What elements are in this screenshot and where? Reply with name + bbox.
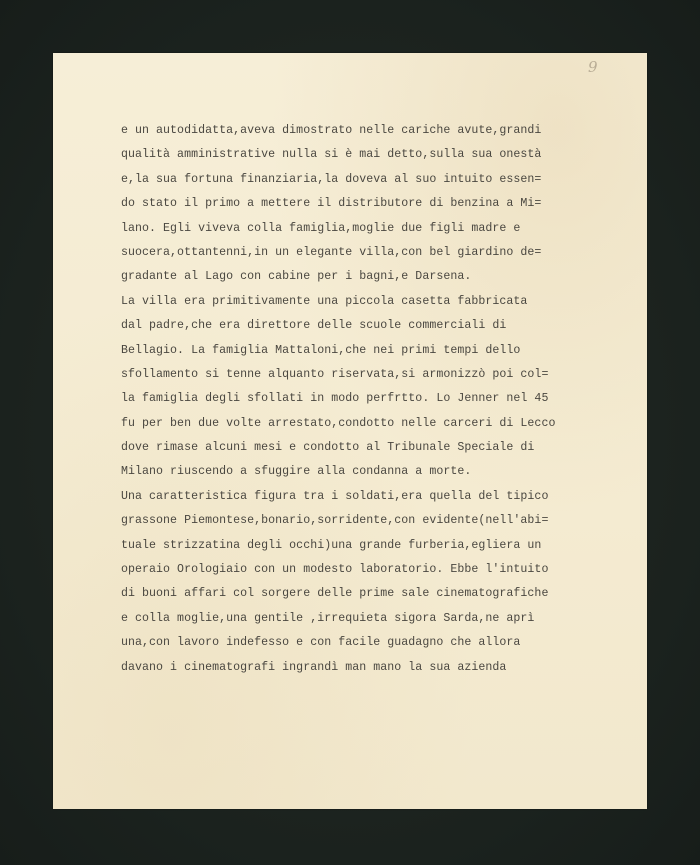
text-line: e un autodidatta,aveva dimostrato nelle … bbox=[121, 119, 591, 143]
text-line: davano i cinematografi ingrandì man mano… bbox=[121, 656, 591, 680]
handwritten-page-number: 9 bbox=[588, 58, 598, 76]
text-line: grassone Piemontese,bonario,sorridente,c… bbox=[121, 509, 591, 533]
text-line: La villa era primitivamente una piccola … bbox=[121, 290, 591, 314]
text-line: e colla moglie,una gentile ,irrequieta s… bbox=[121, 607, 591, 631]
text-line: di buoni affari col sorgere delle prime … bbox=[121, 582, 591, 606]
text-line: dal padre,che era direttore delle scuole… bbox=[121, 314, 591, 338]
text-line: suocera,ottantenni,in un elegante villa,… bbox=[121, 241, 591, 265]
text-line: dove rimase alcuni mesi e condotto al Tr… bbox=[121, 436, 591, 460]
text-line: e,la sua fortuna finanziaria,la doveva a… bbox=[121, 168, 591, 192]
text-line: Bellagio. La famiglia Mattaloni,che nei … bbox=[121, 339, 591, 363]
text-line: gradante al Lago con cabine per i bagni,… bbox=[121, 265, 591, 289]
text-line: qualità amministrative nulla si è mai de… bbox=[121, 143, 591, 167]
text-line: Milano riuscendo a sfuggire alla condann… bbox=[121, 460, 591, 484]
text-line: do stato il primo a mettere il distribut… bbox=[121, 192, 591, 216]
typed-body-text: e un autodidatta,aveva dimostrato nelle … bbox=[121, 119, 591, 680]
text-line: lano. Egli viveva colla famiglia,moglie … bbox=[121, 217, 591, 241]
text-line: tuale strizzatina degli occhi)una grande… bbox=[121, 534, 591, 558]
text-line: sfollamento si tenne alquanto riservata,… bbox=[121, 363, 591, 387]
text-line: una,con lavoro indefesso e con facile gu… bbox=[121, 631, 591, 655]
text-line: Una caratteristica figura tra i soldati,… bbox=[121, 485, 591, 509]
text-line: la famiglia degli sfollati in modo perfr… bbox=[121, 387, 591, 411]
text-line: operaio Orologiaio con un modesto labora… bbox=[121, 558, 591, 582]
text-line: fu per ben due volte arrestato,condotto … bbox=[121, 412, 591, 436]
